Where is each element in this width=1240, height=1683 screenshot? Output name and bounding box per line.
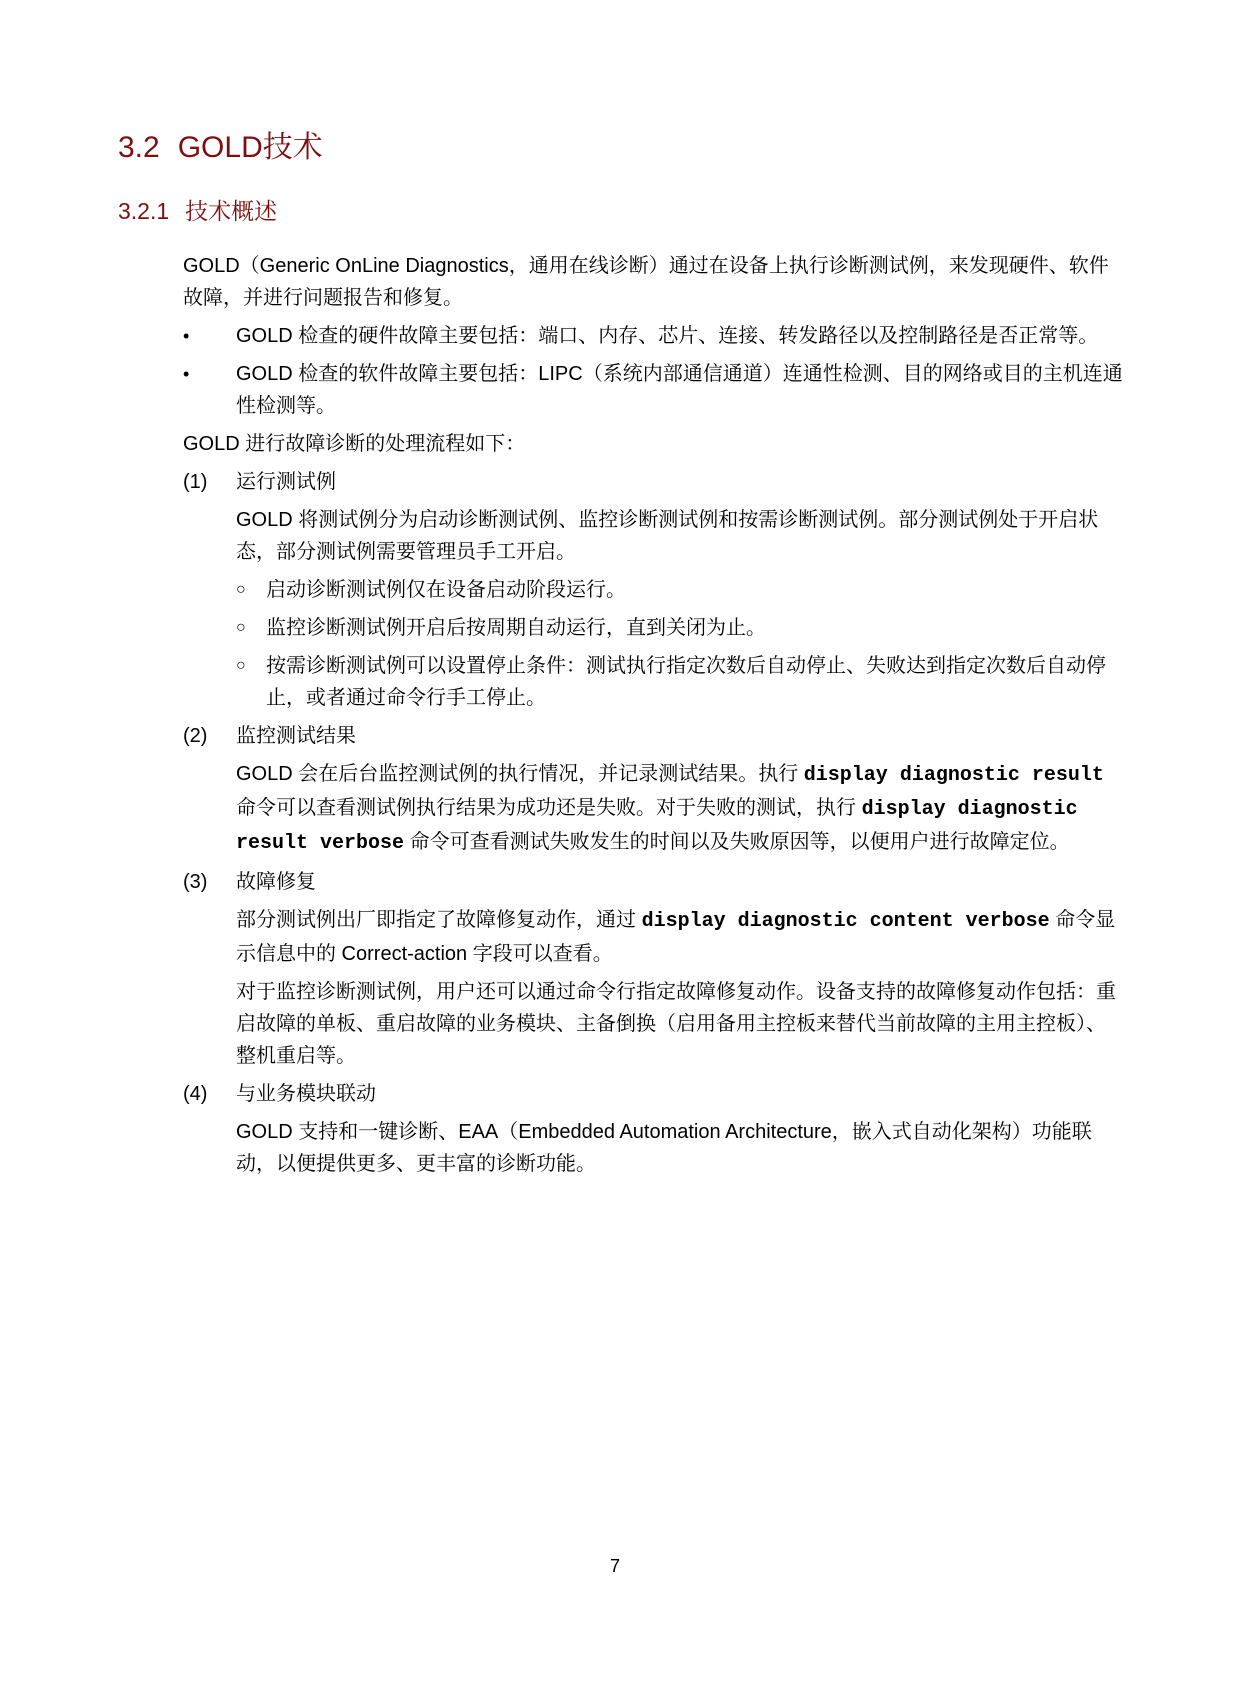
- subsection-heading: 3.2.1技术概述: [118, 196, 277, 226]
- step-1-heading: (1) 运行测试例: [183, 466, 1123, 498]
- section-number: 3.2: [118, 131, 160, 164]
- section-title: GOLD技术: [178, 131, 323, 164]
- step-number: (1): [183, 466, 236, 498]
- step-title: 故障修复: [236, 866, 1123, 898]
- sub-item-text: 按需诊断测试例可以设置停止条件：测试执行指定次数后自动停止、失败达到指定次数后自…: [266, 650, 1123, 714]
- bullet-icon: •: [183, 320, 236, 352]
- bullet-item-software: • GOLD 检查的软件故障主要包括：LIPC（系统内部通信通道）连通性检测、目…: [183, 358, 1123, 422]
- step-number: (2): [183, 720, 236, 752]
- command-text: display diagnostic content verbose: [642, 910, 1050, 933]
- circle-bullet-icon: ○: [236, 612, 266, 644]
- text-run: 部分测试例出厂即指定了故障修复动作，通过: [236, 909, 642, 931]
- document-body: GOLD（Generic OnLine Diagnostics，通用在线诊断）通…: [183, 250, 1123, 1186]
- step-2-heading: (2) 监控测试结果: [183, 720, 1123, 752]
- text-run: 命令可查看测试失败发生的时间以及失败原因等，以便用户进行故障定位。: [404, 831, 1070, 853]
- bullet-item-hardware: • GOLD 检查的硬件故障主要包括：端口、内存、芯片、连接、转发路径以及控制路…: [183, 320, 1123, 352]
- step-2-paragraph: GOLD 会在后台监控测试例的执行情况，并记录测试结果。执行 display d…: [236, 758, 1123, 860]
- flow-intro: GOLD 进行故障诊断的处理流程如下：: [183, 428, 1123, 460]
- step-3-heading: (3) 故障修复: [183, 866, 1123, 898]
- circle-bullet-icon: ○: [236, 650, 266, 714]
- text-run: 命令可以查看测试例执行结果为成功还是失败。对于失败的测试，执行: [236, 797, 862, 819]
- subsection-title: 技术概述: [185, 198, 277, 224]
- sub-item-text: 启动诊断测试例仅在设备启动阶段运行。: [266, 574, 1123, 606]
- step-1-paragraph: GOLD 将测试例分为启动诊断测试例、监控诊断测试例和按需诊断测试例。部分测试例…: [236, 504, 1123, 568]
- step-4-paragraph: GOLD 支持和一键诊断、EAA（Embedded Automation Arc…: [236, 1116, 1123, 1180]
- bullet-text: GOLD 检查的软件故障主要包括：LIPC（系统内部通信通道）连通性检测、目的网…: [236, 358, 1123, 422]
- step-title: 运行测试例: [236, 466, 1123, 498]
- step-title: 与业务模块联动: [236, 1078, 1123, 1110]
- subsection-number: 3.2.1: [118, 198, 169, 224]
- sub-item-ondemand: ○ 按需诊断测试例可以设置停止条件：测试执行指定次数后自动停止、失败达到指定次数…: [236, 650, 1123, 714]
- sub-item-text: 监控诊断测试例开启后按周期自动运行，直到关闭为止。: [266, 612, 1123, 644]
- step-3-paragraph-1: 部分测试例出厂即指定了故障修复动作，通过 display diagnostic …: [236, 904, 1123, 970]
- text-run: GOLD 会在后台监控测试例的执行情况，并记录测试结果。执行: [236, 763, 804, 785]
- intro-paragraph: GOLD（Generic OnLine Diagnostics，通用在线诊断）通…: [183, 250, 1123, 314]
- circle-bullet-icon: ○: [236, 574, 266, 606]
- command-text: display diagnostic result: [804, 764, 1104, 787]
- section-heading: 3.2GOLD技术: [118, 130, 323, 166]
- step-title: 监控测试结果: [236, 720, 1123, 752]
- sub-item-startup: ○ 启动诊断测试例仅在设备启动阶段运行。: [236, 574, 1123, 606]
- step-3-paragraph-2: 对于监控诊断测试例，用户还可以通过命令行指定故障修复动作。设备支持的故障修复动作…: [236, 976, 1123, 1072]
- sub-item-monitor: ○ 监控诊断测试例开启后按周期自动运行，直到关闭为止。: [236, 612, 1123, 644]
- page-number: 7: [0, 1556, 1230, 1577]
- step-4-heading: (4) 与业务模块联动: [183, 1078, 1123, 1110]
- bullet-text: GOLD 检查的硬件故障主要包括：端口、内存、芯片、连接、转发路径以及控制路径是…: [236, 320, 1123, 352]
- step-number: (3): [183, 866, 236, 898]
- step-number: (4): [183, 1078, 236, 1110]
- bullet-icon: •: [183, 358, 236, 422]
